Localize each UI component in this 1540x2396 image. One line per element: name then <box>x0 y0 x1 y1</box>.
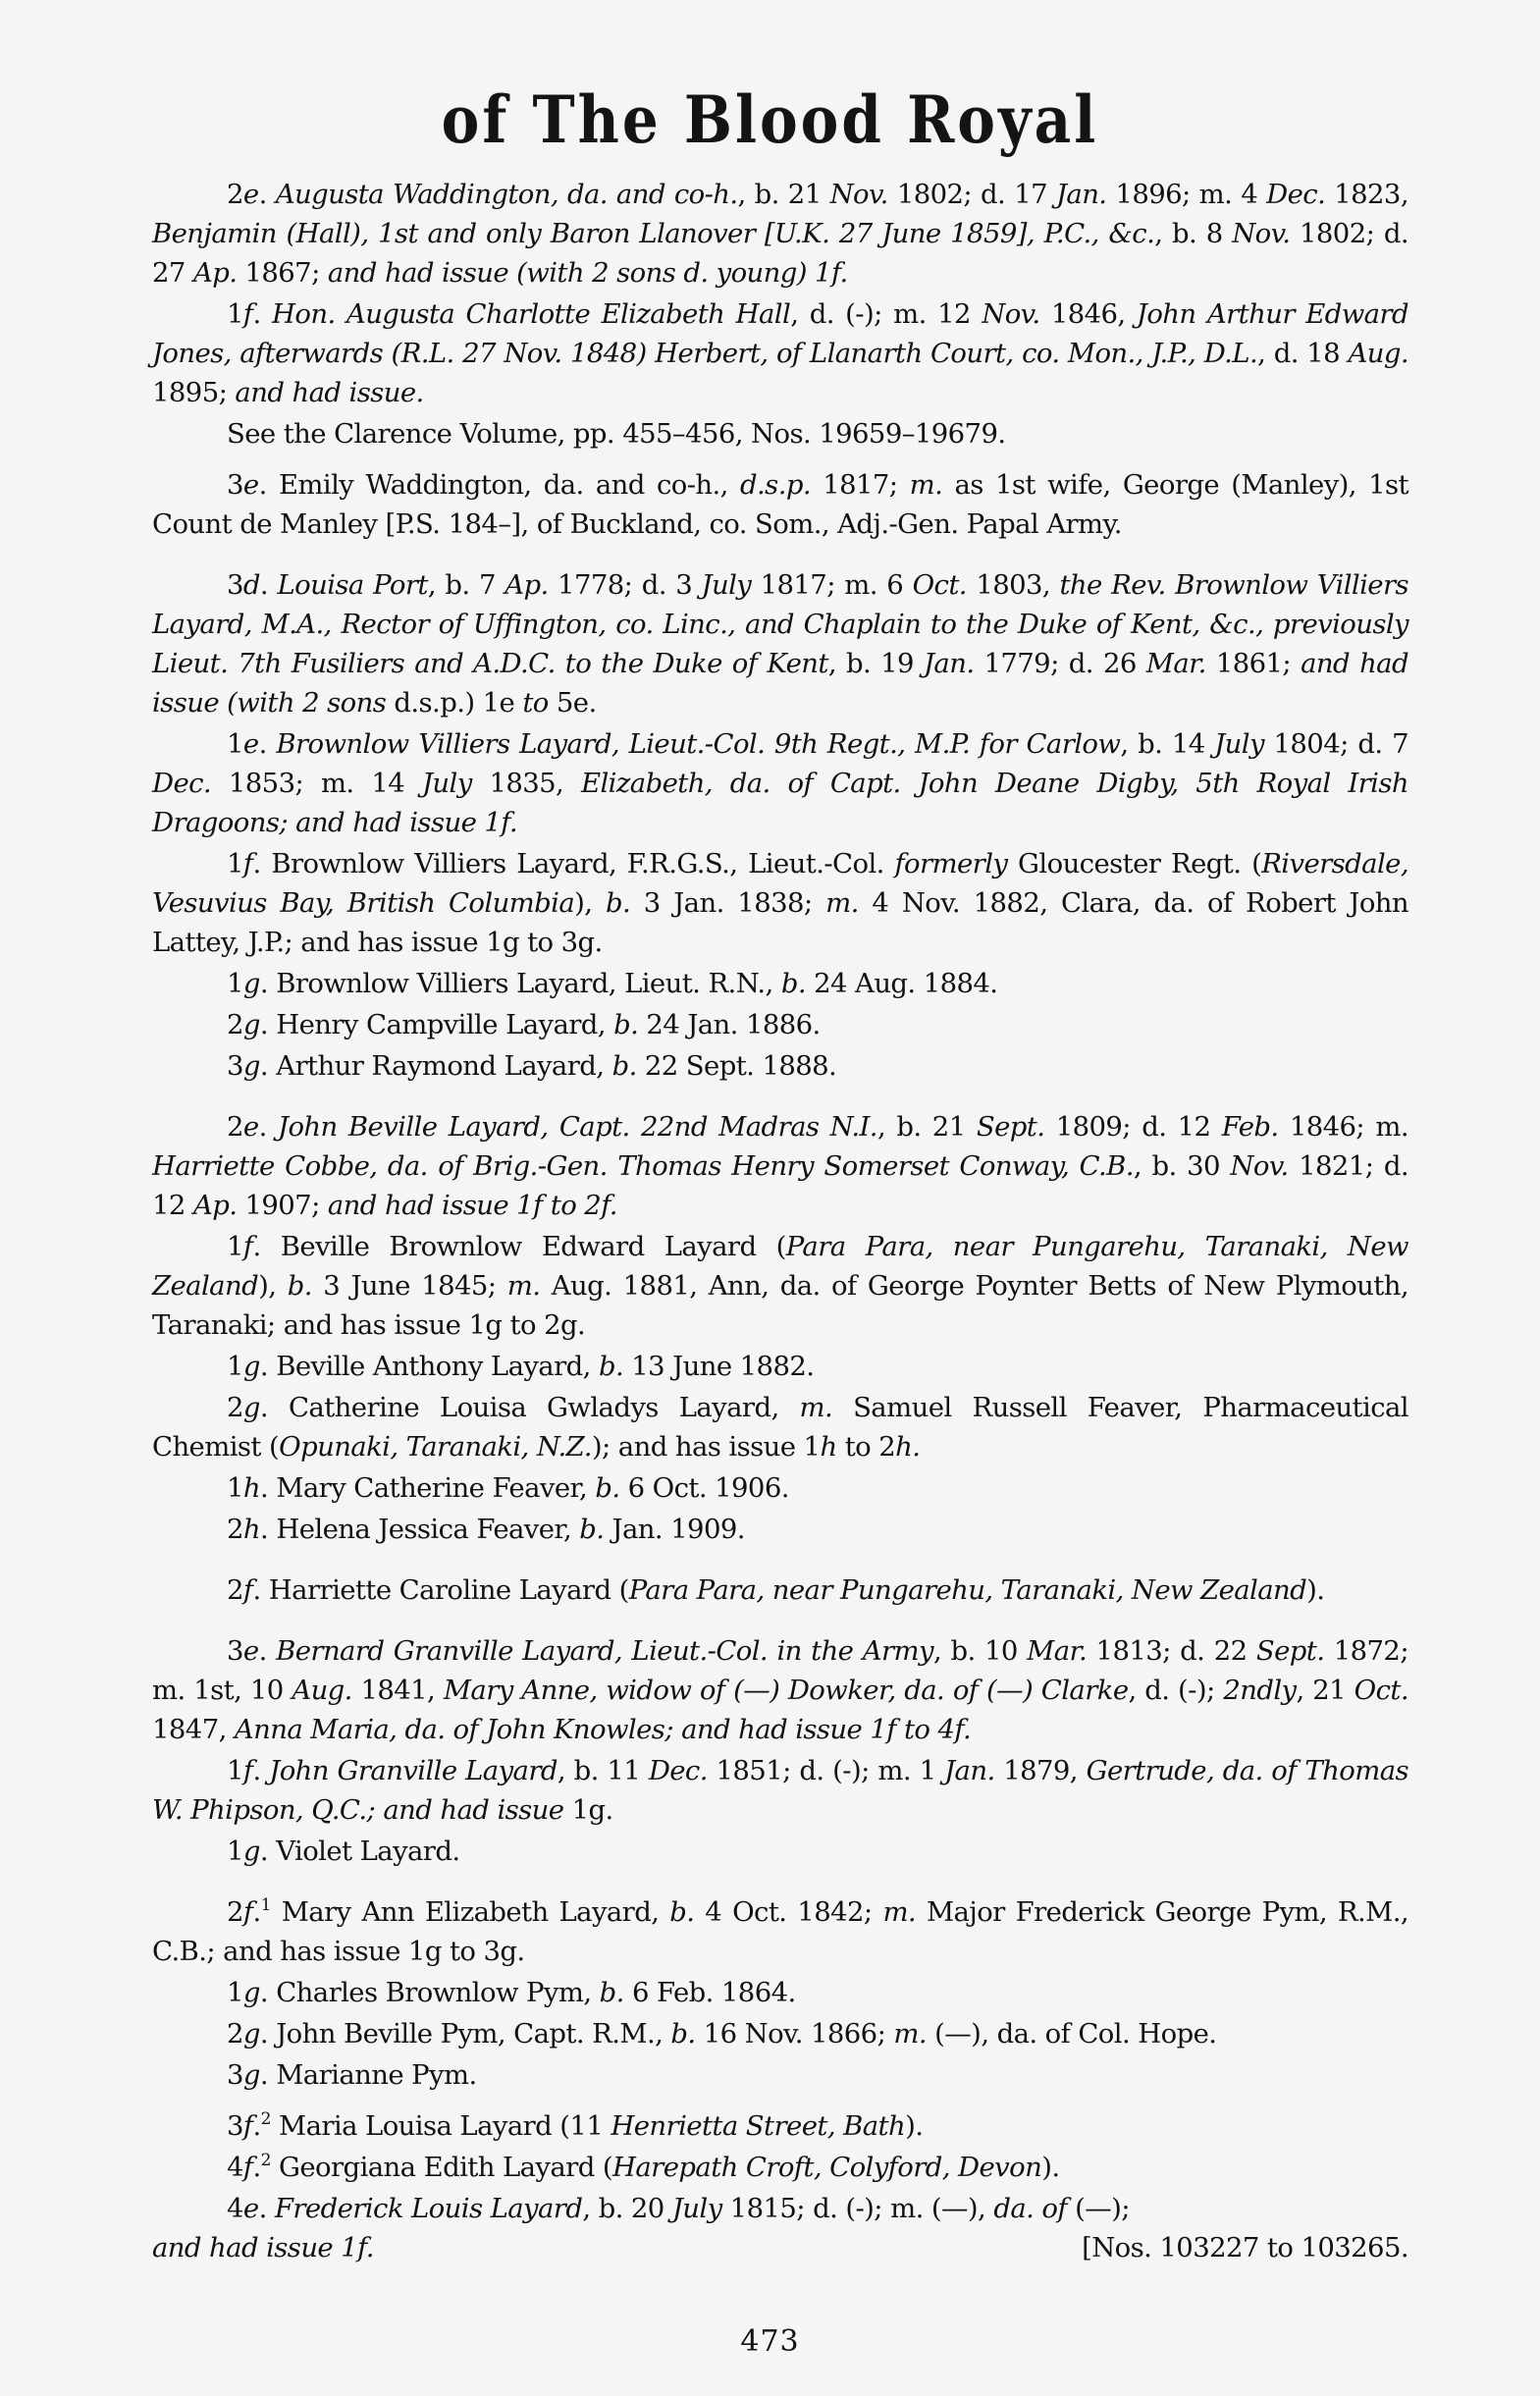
closing-line: and had issue 1f. [Nos. 103227 to 103265… <box>152 2228 1408 2267</box>
italic-run: John Granville Layard <box>261 1755 558 1786</box>
roman-run: 1853; m. 14 <box>211 768 422 799</box>
generation-number: 1e. <box>227 728 267 760</box>
roman-run: See the Clarence Volume, pp. 455–456, No… <box>227 418 1006 450</box>
entry-1h-mary-catherine-feaver: 1h. Mary Catherine Feaver, b. 6 Oct. 190… <box>152 1468 1408 1508</box>
italic-run: Mary Anne, widow of (—) Dowker, da. of (… <box>444 1675 1129 1706</box>
roman-run: , b. 10 <box>933 1635 1027 1667</box>
entry-1g-charles-brownlow-pym: 1g. Charles Brownlow Pym, b. 6 Feb. 1864… <box>152 1973 1408 2012</box>
italic-run: Jan. <box>944 1755 994 1786</box>
roman-run: , b. 11 <box>558 1755 649 1786</box>
roman-run: , b. 20 <box>582 2193 672 2224</box>
italic-run: Sept. <box>977 1111 1045 1143</box>
reference-numbers: [Nos. 103227 to 103265. <box>1082 2228 1408 2267</box>
entry-3d-louisa-port: 3d. Louisa Port, b. 7 Ap. 1778; d. 3 Jul… <box>152 565 1408 722</box>
book-page: of The Blood Royal 2e. Augusta Waddingto… <box>0 0 1540 2396</box>
italic-run: Anna Maria, da. of John Knowles; and had… <box>235 1714 971 1745</box>
cross-reference: See the Clarence Volume, pp. 455–456, No… <box>152 414 1408 453</box>
roman-run: 1817; <box>811 469 910 501</box>
italic-run: formerly <box>894 848 1007 879</box>
roman-run: 24 Jan. 1886. <box>638 1009 820 1040</box>
roman-run: 5e. <box>549 687 597 719</box>
roman-run: ). <box>1306 1574 1324 1606</box>
italic-run: m. <box>800 1392 833 1423</box>
entry-1f-augusta-hall: 1f. Hon. Augusta Charlotte Elizabeth Hal… <box>152 294 1408 412</box>
entry-3e-emily-waddington: 3e. Emily Waddington, da. and co-h., d.s… <box>152 465 1408 544</box>
footnote-marker: 2 <box>261 2151 271 2170</box>
roman-run: , b. 21 <box>738 179 830 210</box>
roman-run: Catherine Louisa Gwladys Layard, <box>268 1392 799 1423</box>
running-head: of The Blood Royal <box>0 81 1540 158</box>
italic-run: Harepath Croft, Colyford, Devon <box>612 2152 1041 2183</box>
roman-run: 1851; d. (-); m. 1 <box>708 1755 944 1786</box>
italic-run: Aug. <box>292 1675 352 1706</box>
entry-1f-john-granville-layard: 1f. John Granville Layard, b. 11 Dec. 18… <box>152 1751 1408 1830</box>
roman-run: 6 Feb. 1864. <box>624 1977 796 2008</box>
italic-run: Henrietta Street, Bath <box>611 2110 905 2142</box>
italic-run: Nov. <box>1230 1150 1288 1182</box>
roman-run: 4 Oct. 1842; <box>694 1896 882 1928</box>
roman-run: 1804; d. 7 <box>1264 728 1408 760</box>
generation-number: 2e. <box>227 179 267 210</box>
roman-run: 3 Jan. 1838; <box>630 887 825 919</box>
roman-run: , d. 18 <box>1257 338 1348 369</box>
italic-run: m. <box>507 1270 541 1302</box>
entry-1f-brownlow-villiers-layard: 1f. Brownlow Villiers Layard, F.R.G.S., … <box>152 844 1408 962</box>
italic-run: d.s.p. <box>740 469 811 501</box>
italic-run: Augusta Waddington, da. and co-h. <box>267 179 738 210</box>
italic-run: b. <box>670 2018 695 2050</box>
roman-run: , b. 19 <box>828 648 924 679</box>
roman-run: (—); <box>1067 2193 1130 2224</box>
italic-run: Louisa Port <box>268 569 428 601</box>
italic-run: Opunaki, Taranaki, N.Z. <box>279 1431 592 1463</box>
italic-run: and had issue. <box>235 377 423 408</box>
roman-run: Violet Layard. <box>268 1836 459 1867</box>
entry-3g-marianne-pym: 3g. Marianne Pym. <box>152 2055 1408 2095</box>
italic-run: da. of <box>993 2193 1067 2224</box>
generation-number: 2g. <box>227 1009 268 1040</box>
entry-1e-brownlow-villiers-layard: 1e. Brownlow Villiers Layard, Lieut.-Col… <box>152 724 1408 842</box>
roman-run: 3 June 1845; <box>312 1270 507 1302</box>
italic-run: Dec. <box>152 768 211 799</box>
page-number: 473 <box>0 2324 1540 2359</box>
roman-run: Brownlow Villiers Layard, F.R.G.S., Lieu… <box>261 848 895 879</box>
roman-run: 1867; <box>237 257 328 289</box>
entry-2g-catherine-louisa-gwladys-layard: 2g. Catherine Louisa Gwladys Layard, m. … <box>152 1388 1408 1466</box>
italic-run: Ap. <box>193 1190 237 1221</box>
roman-run: 1815; d. (-); m. (—), <box>722 2193 994 2224</box>
italic-run: b. <box>288 1270 312 1302</box>
generation-number: 1g. <box>227 1977 268 2008</box>
generation-number: 2g. <box>227 1392 268 1423</box>
roman-run: 1778; d. 3 <box>549 569 702 601</box>
roman-run: , d. (-); <box>1129 1675 1224 1706</box>
generation-number: 1f. <box>227 848 261 879</box>
roman-run: 1813; d. 22 <box>1087 1635 1256 1667</box>
closing-issue-text: and had issue 1f. <box>152 2228 374 2267</box>
entry-2e-augusta-waddington: 2e. Augusta Waddington, da. and co-h., b… <box>152 175 1408 293</box>
generation-number: 3d. <box>227 569 268 601</box>
roman-run: Arthur Raymond Layard, <box>268 1050 612 1082</box>
entry-2e-john-beville-layard: 2e. John Beville Layard, Capt. 22nd Madr… <box>152 1107 1408 1225</box>
roman-run: , b. 14 <box>1120 728 1214 760</box>
italic-run: July <box>672 2193 722 2224</box>
roman-run: 1817; m. 6 <box>751 569 912 601</box>
italic-run: Ap. <box>504 569 548 601</box>
roman-run: 16 Nov. 1866; <box>696 2018 894 2050</box>
roman-run: 1861; <box>1206 648 1301 679</box>
generation-number: 3g. <box>227 2059 268 2091</box>
roman-run: Brownlow Villiers Layard, Lieut. R.N., <box>268 968 781 999</box>
italic-run: Ap. <box>193 257 237 289</box>
roman-run: 1841, <box>352 1675 444 1706</box>
italic-run: m. <box>825 887 859 919</box>
italic-run: July <box>702 569 752 601</box>
entry-3f-maria-louisa-layard: 3f.2 Maria Louisa Layard (11 Henrietta S… <box>152 2106 1408 2146</box>
generation-number: 2f. <box>227 1896 261 1928</box>
italic-run: Nov. <box>830 179 888 210</box>
italic-run: Hon. Augusta Charlotte Elizabeth Hall <box>261 298 791 330</box>
roman-run: , 21 <box>1296 1675 1354 1706</box>
roman-run: Mary Ann Elizabeth Layard, <box>271 1896 669 1928</box>
roman-run: 1835, <box>472 768 581 799</box>
italic-run: Oct. <box>1354 1675 1408 1706</box>
italic-run: b. <box>781 968 806 999</box>
roman-run: Harriette Caroline Layard ( <box>261 1574 629 1606</box>
roman-run: Emily Waddington, da. and co-h., <box>267 469 740 501</box>
italic-run: h. <box>895 1431 920 1463</box>
italic-run: Mar. <box>1146 648 1206 679</box>
italic-run: Brownlow Villiers Layard, Lieut.-Col. 9t… <box>267 728 1121 760</box>
entry-3e-bernard-granville-layard: 3e. Bernard Granville Layard, Lieut.-Col… <box>152 1631 1408 1749</box>
roman-run: Helena Jessica Feaver, <box>268 1514 579 1545</box>
roman-run: 1g. <box>563 1794 612 1826</box>
roman-run: John Beville Pym, Capt. R.M., <box>268 2018 670 2050</box>
roman-run: 1802; d. 17 <box>888 179 1056 210</box>
roman-run: 22 Sept. 1888. <box>637 1050 836 1082</box>
roman-run: 1879, <box>995 1755 1087 1786</box>
italic-run: m. <box>893 2018 927 2050</box>
italic-run: Benjamin (Hall), 1st and only Baron Llan… <box>152 218 1154 249</box>
roman-run: Beville Brownlow Edward Layard ( <box>261 1231 786 1262</box>
roman-run: 1823, <box>1325 179 1408 210</box>
italic-run: Aug. <box>1348 338 1408 369</box>
generation-number: 1g. <box>227 968 268 999</box>
generation-number: 2e. <box>227 1111 267 1143</box>
generation-number: 4f. <box>227 2152 261 2183</box>
roman-run: 24 Aug. 1884. <box>806 968 997 999</box>
italic-run: July <box>422 768 472 799</box>
roman-run: Gloucester Regt. ( <box>1007 848 1261 879</box>
entry-2f-mary-ann-elizabeth-layard: 2f.1 Mary Ann Elizabeth Layard, b. 4 Oct… <box>152 1892 1408 1971</box>
italic-run: to <box>522 687 548 719</box>
roman-run: Georgiana Edith Layard ( <box>271 2152 612 2183</box>
italic-run: m. <box>882 1896 916 1928</box>
generation-number: 3e. <box>227 469 267 501</box>
roman-run: Charles Brownlow Pym, <box>268 1977 600 2008</box>
roman-run: 13 June 1882. <box>623 1351 814 1382</box>
italic-run: Jan. <box>924 648 974 679</box>
generation-number: 1f. <box>227 298 261 330</box>
italic-run: b. <box>613 1009 638 1040</box>
roman-run: 1846; m. <box>1279 1111 1408 1143</box>
roman-run: 1809; d. 12 <box>1044 1111 1221 1143</box>
entry-2h-helena-jessica-feaver: 2h. Helena Jessica Feaver, b. Jan. 1909. <box>152 1510 1408 1549</box>
generation-number: 1g. <box>227 1351 268 1382</box>
roman-run: ). <box>1041 2152 1059 2183</box>
roman-run: Jan. 1909. <box>604 1514 744 1545</box>
generation-number: 3f. <box>227 2110 261 2142</box>
generation-number: 4e. <box>227 2193 267 2224</box>
roman-run: 1779; d. 26 <box>974 648 1145 679</box>
italic-run: b. <box>612 1050 637 1082</box>
entry-1g-brownlow-villiers-layard: 1g. Brownlow Villiers Layard, Lieut. R.N… <box>152 964 1408 1003</box>
entry-3g-arthur-raymond-layard: 3g. Arthur Raymond Layard, b. 22 Sept. 1… <box>152 1046 1408 1086</box>
italic-run: 2ndly <box>1223 1675 1296 1706</box>
roman-run: 1847, <box>152 1714 235 1745</box>
italic-run: Dec. <box>1266 179 1325 210</box>
roman-run: Marianne Pym. <box>268 2059 477 2091</box>
footnote-marker: 2 <box>261 2109 271 2129</box>
generation-number: 2f. <box>227 1574 261 1606</box>
italic-run: b. <box>600 1977 624 2008</box>
italic-run: Mar. <box>1027 1635 1087 1667</box>
entry-1g-beville-anthony-layard: 1g. Beville Anthony Layard, b. 13 June 1… <box>152 1347 1408 1386</box>
roman-run: ), <box>574 887 606 919</box>
roman-run: , d. (-); m. 12 <box>790 298 982 330</box>
italic-run: Harriette Cobbe, da. of Brig.-Gen. Thoma… <box>152 1150 1134 1182</box>
italic-run: Nov. <box>982 298 1039 330</box>
italic-run: John Beville Layard, Capt. 22nd Madras N… <box>267 1111 877 1143</box>
generation-number: 3e. <box>227 1635 267 1667</box>
roman-run: 1846, <box>1039 298 1136 330</box>
italic-run: b. <box>599 1351 623 1382</box>
italic-run: m. <box>910 469 943 501</box>
italic-run: and had issue 1f to 2f. <box>328 1190 617 1221</box>
roman-run: ), <box>258 1270 288 1302</box>
genealogy-text: 2e. Augusta Waddington, da. and co-h., b… <box>152 175 1408 2267</box>
roman-run: , b. 7 <box>428 569 504 601</box>
entry-1f-beville-brownlow-edward-layard: 1f. Beville Brownlow Edward Layard (Para… <box>152 1227 1408 1345</box>
roman-run: (—), da. of Col. Hope. <box>927 2018 1216 2050</box>
italic-run: Oct. <box>913 569 967 601</box>
italic-run: Dec. <box>649 1755 708 1786</box>
roman-run: to 2 <box>837 1431 896 1463</box>
italic-run: h <box>820 1431 836 1463</box>
italic-run: Jan. <box>1056 179 1106 210</box>
italic-run: and had issue (with 2 sons d. young) 1f. <box>328 257 848 289</box>
entry-1g-violet-layard: 1g. Violet Layard. <box>152 1832 1408 1871</box>
roman-run: Beville Anthony Layard, <box>268 1351 599 1382</box>
roman-run: , b. 30 <box>1134 1150 1231 1182</box>
roman-run: ). <box>905 2110 923 2142</box>
roman-run: , b. 8 <box>1154 218 1232 249</box>
roman-run: Mary Catherine Feaver, <box>268 1472 595 1504</box>
generation-number: 1g. <box>227 1836 268 1867</box>
italic-run: Para Para, near Pungarehu, Taranaki, New… <box>629 1574 1306 1606</box>
entry-2f-harriette-caroline-layard: 2f. Harriette Caroline Layard (Para Para… <box>152 1571 1408 1610</box>
roman-run: Maria Louisa Layard (11 <box>271 2110 611 2142</box>
generation-number: 1f. <box>227 1231 261 1262</box>
italic-run: Frederick Louis Layard <box>267 2193 583 2224</box>
generation-number: 1f. <box>227 1755 261 1786</box>
roman-run: , b. 21 <box>877 1111 977 1143</box>
entry-2g-henry-campville-layard: 2g. Henry Campville Layard, b. 24 Jan. 1… <box>152 1005 1408 1044</box>
roman-run: 1907; <box>237 1190 328 1221</box>
italic-run: Nov. <box>1232 218 1290 249</box>
entry-4f-georgiana-edith-layard: 4f.2 Georgiana Edith Layard (Harepath Cr… <box>152 2148 1408 2187</box>
roman-run: d.s.p.) 1e <box>394 687 522 719</box>
italic-run: Feb. <box>1222 1111 1279 1143</box>
italic-run: b. <box>669 1896 694 1928</box>
generation-number: 1h. <box>227 1472 268 1504</box>
italic-run: Bernard Granville Layard, Lieut.-Col. in… <box>267 1635 933 1667</box>
italic-run: b. <box>606 887 630 919</box>
generation-number: 2h. <box>227 1514 268 1545</box>
generation-number: 3g. <box>227 1050 268 1082</box>
roman-run: 6 Oct. 1906. <box>619 1472 788 1504</box>
roman-run: Henry Campville Layard, <box>268 1009 613 1040</box>
roman-run: 1803, <box>967 569 1060 601</box>
entry-2g-john-beville-pym: 2g. John Beville Pym, Capt. R.M., b. 16 … <box>152 2014 1408 2053</box>
italic-run: July <box>1214 728 1264 760</box>
entry-4e-frederick-louis-layard: 4e. Frederick Louis Layard, b. 20 July 1… <box>152 2189 1408 2228</box>
italic-run: b. <box>579 1514 604 1545</box>
italic-run: b. <box>595 1472 619 1504</box>
footnote-marker: 1 <box>261 1895 271 1915</box>
generation-number: 2g. <box>227 2018 268 2050</box>
roman-run: 1896; m. 4 <box>1106 179 1266 210</box>
roman-run: 1895; <box>152 377 235 408</box>
roman-run: ); and has issue 1 <box>592 1431 821 1463</box>
italic-run: Sept. <box>1256 1635 1325 1667</box>
